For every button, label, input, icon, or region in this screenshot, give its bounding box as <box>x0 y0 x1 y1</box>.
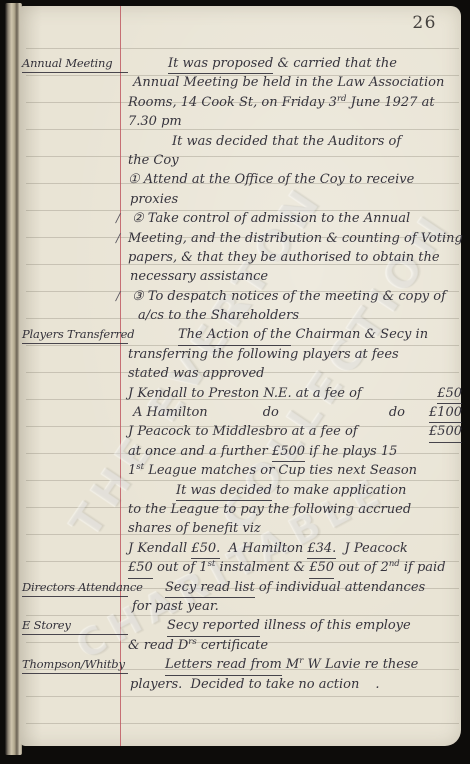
margin-heading: Directors Attendance <box>22 580 128 597</box>
underlined-text: £50 <box>309 558 334 578</box>
text-run: if paid <box>400 558 446 577</box>
text-run: of individual attendances <box>255 578 426 597</box>
manuscript-line: J Kendall £50. A Hamilton £34. J Peacock <box>128 539 464 558</box>
manuscript-line: ∕Meeting, and the distribution & countin… <box>128 229 464 248</box>
manuscript-line: the Coy <box>128 151 464 170</box>
minute-book-page: THE EVERTON COLLECTION CHARITABLE 26 Ann… <box>20 6 461 746</box>
text-run: papers, & that they be authorised to obt… <box>128 248 440 267</box>
manuscript-line: J Peacock to Middlesbro at a fee of£500 <box>128 422 464 441</box>
text-run: & read D <box>128 636 188 655</box>
minute-entry: Directors AttendanceSecy read list of in… <box>128 578 464 617</box>
manuscript-line: Letters read from Mr W Lavie re these <box>128 655 464 674</box>
manuscript-line: stated was approved <box>128 364 464 383</box>
text-run: It was decided that the Auditors of <box>172 132 401 151</box>
underlined-text: It was decided <box>176 481 272 501</box>
manuscript-line: It was decided that the Auditors of <box>128 132 464 151</box>
margin-heading: Players Transferred <box>22 327 128 344</box>
manuscript-line: A Hamiltondodo£100 <box>128 403 464 422</box>
text-run: to the League to pay the following accru… <box>128 500 411 519</box>
tick-mark: ∕ <box>116 287 120 306</box>
manuscript-line: papers, & that they be authorised to obt… <box>128 248 464 267</box>
minute-entry: E StoreySecy reported illness of this em… <box>128 616 464 655</box>
minute-entry: Annual MeetingIt was proposed & carried … <box>128 54 464 325</box>
text-run: out of 1 <box>153 558 208 577</box>
manuscript-line: Secy reported illness of this employe <box>128 616 464 635</box>
text-run: June 1927 at <box>346 93 434 112</box>
text-run: League matches or Cup ties next Season <box>144 461 417 480</box>
text-run: & carried that the <box>273 54 397 73</box>
text-run: for past year. <box>132 597 219 616</box>
text-run: r <box>299 652 303 671</box>
text-run: rs <box>188 633 196 652</box>
manuscript-line: £50 out of 1st instalment & £50 out of 2… <box>128 558 464 577</box>
tick-mark: ∕ <box>116 229 120 248</box>
margin-heading: E Storey <box>22 618 128 635</box>
manuscript-line: 1st League matches or Cup ties next Seas… <box>128 461 464 480</box>
manuscript-line: The Action of the Chairman & Secy in <box>128 325 464 344</box>
text-run: nd <box>389 555 400 574</box>
text-run: W Lavie re these <box>303 655 418 674</box>
manuscript-line: Rooms, 14 Cook St, on Friday 3rd June 19… <box>128 93 464 112</box>
underlined-text: £500 <box>272 442 305 462</box>
text-run: shares of benefit viz <box>128 519 261 538</box>
manuscript-line: ∕③ To despatch notices of the meeting & … <box>128 287 464 306</box>
text-run: Meeting, and the distribution & counting… <box>128 229 463 248</box>
minutes-content: Annual MeetingIt was proposed & carried … <box>128 54 464 694</box>
margin-heading: Annual Meeting <box>22 56 128 73</box>
manuscript-line: shares of benefit viz <box>128 519 464 538</box>
text-run: transferring the following players at fe… <box>128 345 399 364</box>
manuscript-line: 7.30 pm <box>128 112 464 131</box>
text-run: Rooms, 14 Cook St, on Friday 3 <box>128 93 337 112</box>
photograph-background: THE EVERTON COLLECTION CHARITABLE 26 Ann… <box>0 0 470 764</box>
text-run: ② Take control of admission to the Annua… <box>132 209 410 228</box>
text-run: M <box>282 655 299 674</box>
underlined-text: Secy reported <box>167 616 260 636</box>
text-run: if he plays 15 <box>305 442 397 461</box>
text-run: out of 2 <box>334 558 389 577</box>
text-run: illness of this employe <box>260 616 411 635</box>
manuscript-line: & read Drs certificate <box>128 636 464 655</box>
underlined-text: £50. <box>191 539 220 559</box>
manuscript-line: It was proposed & carried that the <box>128 54 464 73</box>
text-run: Annual Meeting be held in the Law Associ… <box>133 73 444 92</box>
text-run: Chairman & Secy in <box>291 325 428 344</box>
manuscript-line: necessary assistance <box>128 267 464 286</box>
text-run: A Hamilton <box>220 539 307 558</box>
text-run: 7.30 pm <box>128 112 182 131</box>
manuscript-line: ∕② Take control of admission to the Annu… <box>128 209 464 228</box>
manuscript-line: Annual Meeting be held in the Law Associ… <box>128 73 464 92</box>
underlined-text: £34. <box>307 539 336 559</box>
manuscript-line: J Kendall to Preston N.E. at a fee of£50 <box>128 384 464 403</box>
text-run: J Kendall to Preston N.E. at a fee of <box>128 384 362 403</box>
manuscript-line: transferring the following players at fe… <box>128 345 464 364</box>
text-run: ③ To despatch notices of the meeting & c… <box>132 287 446 306</box>
text-run: J Kendall <box>128 539 191 558</box>
underlined-text: Secy read list <box>165 578 255 598</box>
manuscript-line: proxies <box>128 190 464 209</box>
manuscript-line: It was decided to make application <box>128 481 464 500</box>
minute-entry: Players TransferredThe Action of the Cha… <box>128 325 464 577</box>
minute-entry: Thompson/WhitbyLetters read from Mr W La… <box>128 655 464 694</box>
manuscript-line: at once and a further £500 if he plays 1… <box>128 442 464 461</box>
text-run: ① Attend at the Office of the Coy to rec… <box>128 170 414 189</box>
manuscript-line: players. Decided to take no action. <box>128 675 464 694</box>
text-run: proxies <box>130 190 178 209</box>
underlined-text: £100 <box>429 403 462 423</box>
text-run: players. Decided to take no action <box>130 675 359 694</box>
text-run: the Coy <box>128 151 179 170</box>
text-run: at once and a further <box>128 442 272 461</box>
manuscript-line: ① Attend at the Office of the Coy to rec… <box>128 170 464 189</box>
manuscript-line: for past year. <box>128 597 464 616</box>
text-run: rd <box>337 90 347 109</box>
text-run: stated was approved <box>128 364 265 383</box>
manuscript-line: to the League to pay the following accru… <box>128 500 464 519</box>
margin-heading: Thompson/Whitby <box>22 657 128 674</box>
text-run: to make application <box>272 481 406 500</box>
text-run: J Peacock to Middlesbro at a fee of <box>128 422 358 441</box>
text-run: . <box>375 675 379 694</box>
text-run: necessary assistance <box>130 267 268 286</box>
text-run: st <box>208 555 216 574</box>
tick-mark: ∕ <box>116 209 120 228</box>
text-run: instalment & <box>215 558 309 577</box>
text-run: st <box>136 458 144 477</box>
text-run: do <box>263 403 279 422</box>
page-number: 26 <box>412 13 437 33</box>
manuscript-line: Secy read list of individual attendances <box>128 578 464 597</box>
text-run: certificate <box>197 636 268 655</box>
text-run: 1 <box>128 461 136 480</box>
underlined-text: £50 <box>128 558 153 578</box>
text-run: do <box>389 403 405 422</box>
manuscript-line: a/cs to the Shareholders <box>128 306 464 325</box>
text-run: a/cs to the Shareholders <box>138 306 299 325</box>
underlined-text: Letters read from <box>165 655 282 675</box>
underlined-text: The Action of the <box>178 325 291 345</box>
underlined-text: £500 <box>429 422 462 442</box>
text-run: A Hamilton <box>133 403 208 422</box>
underlined-text: £50 <box>437 384 462 404</box>
underlined-text: It was proposed <box>168 54 273 74</box>
